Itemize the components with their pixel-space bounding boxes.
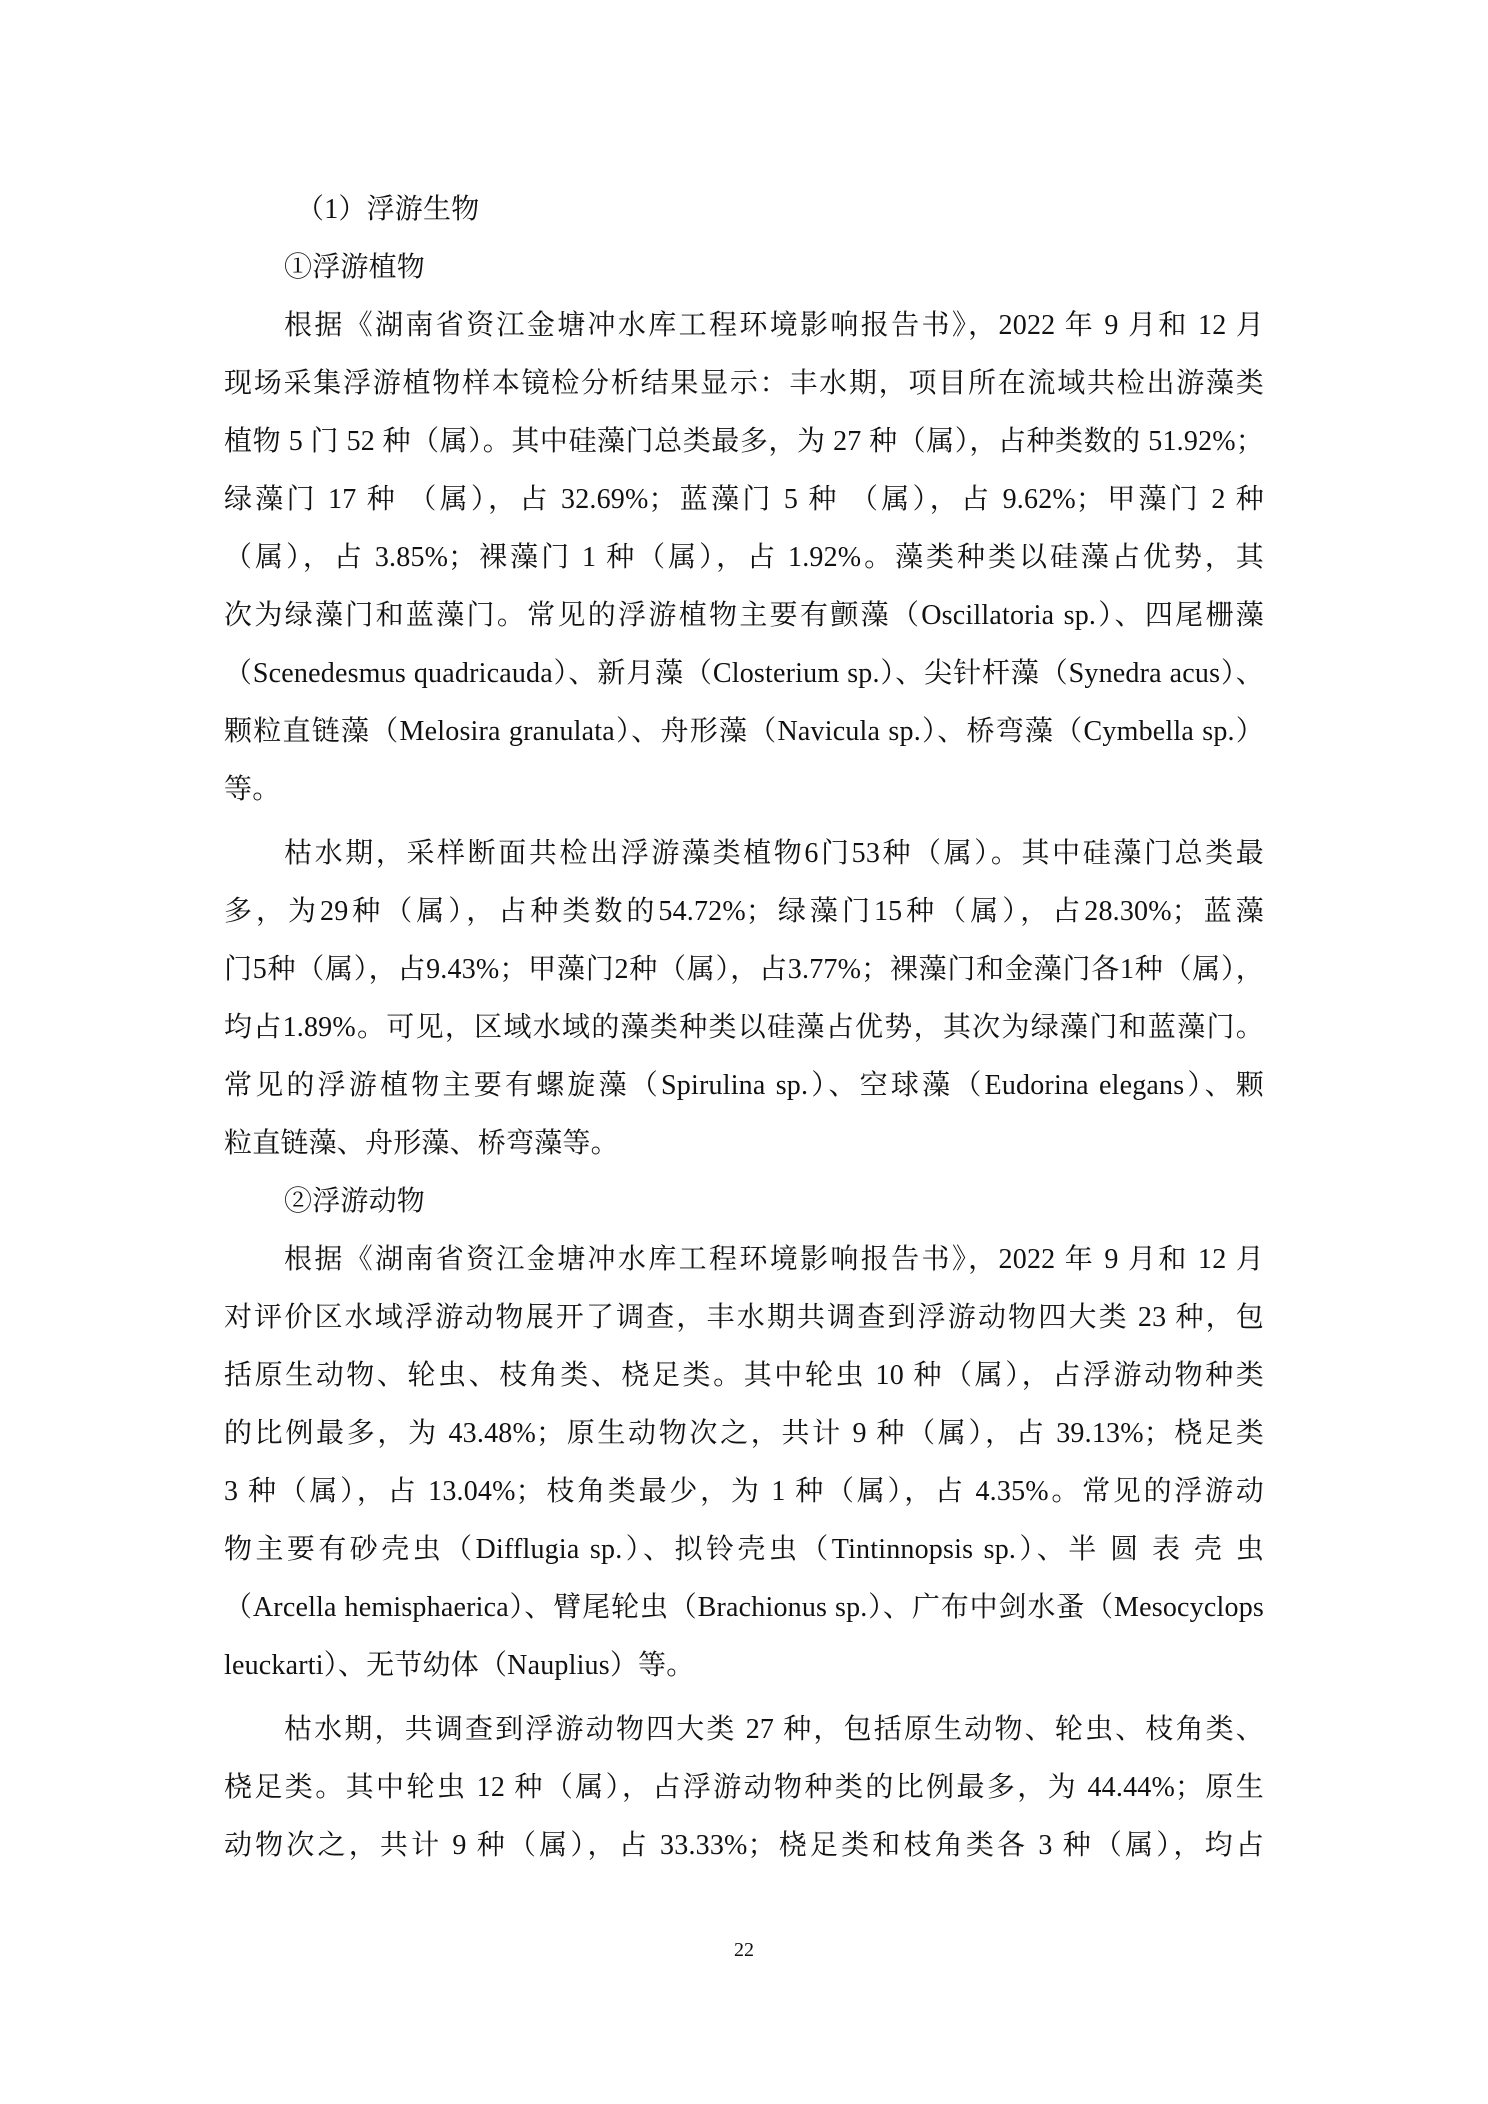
paragraph-line: 3 种（属），占 13.04%；枝角类最少，为 1 种（属），占 4.35%。常… [224, 1472, 1264, 1512]
section-heading: （1）浮游生物 [296, 190, 479, 230]
paragraph-line: 现场采集浮游植物样本镜检分析结果显示：丰水期，项目所在流域共检出游藻类 [224, 364, 1264, 404]
paragraph-line: 门5种（属），占9.43%；甲藻门2种（属），占3.77%；裸藻门和金藻门各1种… [224, 950, 1264, 990]
paragraph-line: 桡足类。其中轮虫 12 种（属），占浮游动物种类的比例最多，为 44.44%；原… [224, 1768, 1264, 1808]
paragraph-line: 括原生动物、轮虫、枝角类、桡足类。其中轮虫 10 种（属），占浮游动物种类 [224, 1356, 1264, 1396]
paragraph-line: 粒直链藻、舟形藻、桥弯藻等。 [224, 1124, 1264, 1164]
paragraph-line: 动物次之，共计 9 种（属），占 33.33%；桡足类和枝角类各 3 种（属），… [224, 1826, 1264, 1866]
paragraph-line: 均占1.89%。可见，区域水域的藻类种类以硅藻占优势，其次为绿藻门和蓝藻门。 [224, 1008, 1264, 1048]
paragraph-line: 植物 5 门 52 种（属）。其中硅藻门总类最多，为 27 种（属），占种类数的… [224, 422, 1264, 462]
document-page: （1）浮游生物 ①浮游植物 根据《湖南省资江金塘冲水库工程环境影响报告书》，20… [0, 0, 1488, 2104]
subsection-heading-phytoplankton: ①浮游植物 [284, 248, 1264, 288]
paragraph-line: 枯水期，采样断面共检出浮游藻类植物6门53种（属）。其中硅藻门总类最 [284, 834, 1264, 874]
paragraph-line: 物主要有砂壳虫（Difflugia sp.）、拟铃壳虫（Tintinnopsis… [224, 1530, 1264, 1570]
page-number: 22 [0, 1938, 1488, 1962]
paragraph-line: leuckarti）、无节幼体（Nauplius）等。 [224, 1646, 1264, 1686]
paragraph-line: 次为绿藻门和蓝藻门。常见的浮游植物主要有颤藻（Oscillatoria sp.）… [224, 596, 1264, 636]
paragraph-line: 常见的浮游植物主要有螺旋藻（Spirulina sp.）、空球藻（Eudorin… [224, 1066, 1264, 1106]
paragraph-line: 等。 [224, 770, 1264, 810]
paragraph-line: 根据《湖南省资江金塘冲水库工程环境影响报告书》，2022 年 9 月和 12 月 [284, 1240, 1264, 1280]
paragraph-line: 对评价区水域浮游动物展开了调查，丰水期共调查到浮游动物四大类 23 种，包 [224, 1298, 1264, 1338]
paragraph-line: （Arcella hemisphaerica）、臂尾轮虫（Brachionus … [224, 1588, 1264, 1628]
subsection-heading-zooplankton: ②浮游动物 [284, 1182, 1264, 1222]
paragraph-line: 枯水期，共调查到浮游动物四大类 27 种，包括原生动物、轮虫、枝角类、 [284, 1710, 1264, 1750]
paragraph-line: 绿藻门 17 种 （属），占 32.69%；蓝藻门 5 种 （属），占 9.62… [224, 480, 1264, 520]
paragraph-line: 多，为29种（属），占种类数的54.72%；绿藻门15种（属），占28.30%；… [224, 892, 1264, 932]
paragraph-line: 根据《湖南省资江金塘冲水库工程环境影响报告书》，2022 年 9 月和 12 月 [284, 306, 1264, 346]
paragraph-line: 颗粒直链藻（Melosira granulata）、舟形藻（Navicula s… [224, 712, 1264, 752]
paragraph-line: （Scenedesmus quadricauda）、新月藻（Closterium… [224, 654, 1264, 694]
paragraph-line: （属），占 3.85%；裸藻门 1 种（属），占 1.92%。藻类种类以硅藻占优… [224, 538, 1264, 578]
paragraph-line: 的比例最多，为 43.48%；原生动物次之，共计 9 种（属），占 39.13%… [224, 1414, 1264, 1454]
